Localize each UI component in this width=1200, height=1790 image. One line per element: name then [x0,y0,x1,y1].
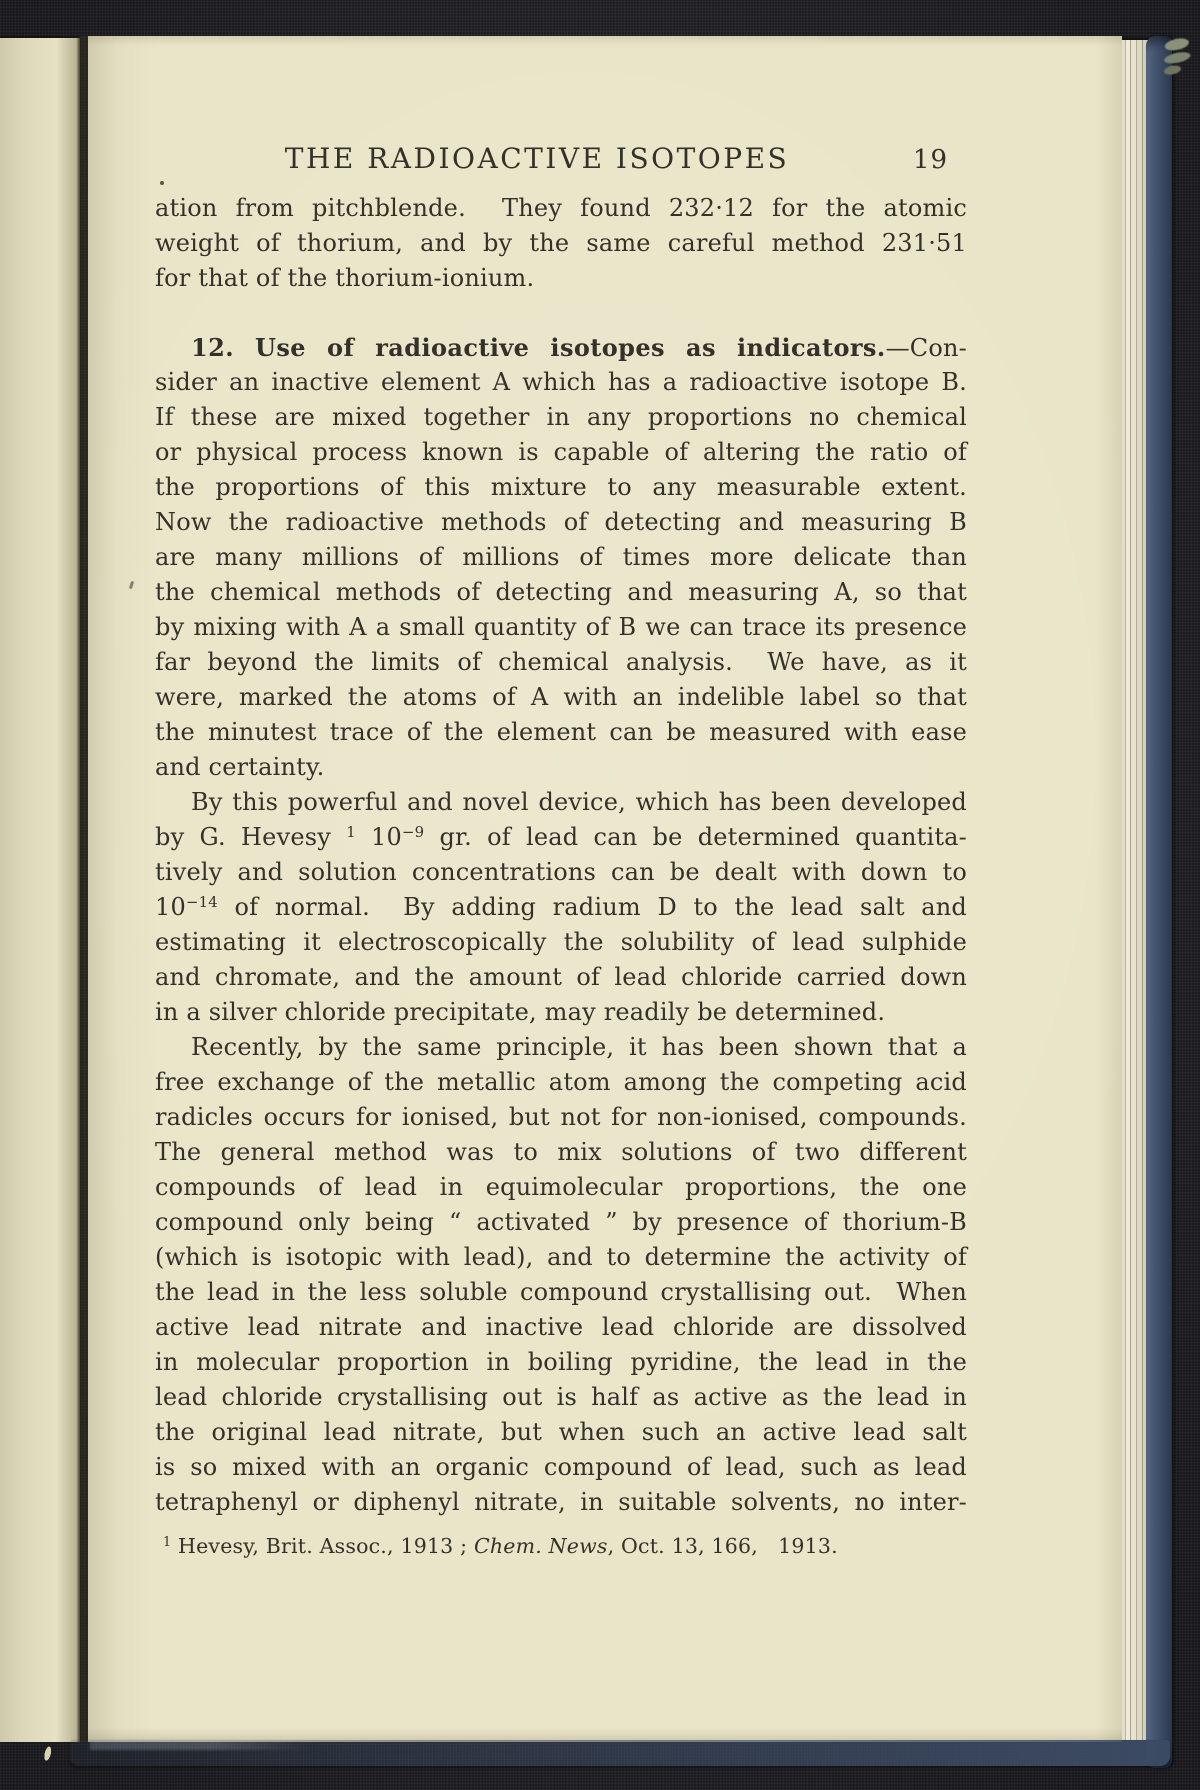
text-line: radicles occurs for ionised, but not for… [155,1100,967,1135]
text-line: the original lead nitrate, but when such… [155,1415,967,1450]
text-segment: radicles occurs for ionised, but not for… [155,1103,967,1131]
text-line: By this powerful and novel device, which… [155,785,967,820]
text-segment: tetraphenyl or diphenyl nitrate, in suit… [155,1488,967,1516]
text-segment: 10 [356,823,402,851]
text-line: compounds of lead in equimolecular propo… [155,1170,967,1205]
paragraph: Recently, by the same principle, it has … [155,1030,967,1520]
text-segment: the lead in the less soluble compound cr… [155,1278,967,1306]
text-line: or physical process known is capable of … [155,435,967,470]
headband-tuft [1146,27,1200,80]
edge-smudge [90,1740,310,1750]
text-line: the minutest trace of the element can be… [155,715,967,750]
text-segment: free exchange of the metallic atom among… [155,1068,967,1096]
text-line: are many millions of millions of times m… [155,540,967,575]
text-line: Now the radioactive methods of detecting… [155,505,967,540]
ink-speck [160,181,164,185]
text-segment: The general method was to mix solutions … [155,1138,967,1166]
text-line: sider an inactive element A which has a … [155,365,967,400]
footnote: 1 Hevesy, Brit. Assoc., 1913 ; Chem. New… [163,1532,967,1567]
text-segment: —Con- [886,334,967,362]
text-line: far beyond the limits of chemical analys… [155,645,967,680]
text-segment: and chromate, and the amount of lead chl… [155,963,967,991]
text-segment: by mixing with A a small quantity of B w… [155,613,967,641]
text-line: the chemical methods of detecting and me… [155,575,967,610]
page-header: THE RADIOACTIVE ISOTOPES 19 [155,144,967,174]
text-segment: Hevesy, Brit. Assoc., 1913 ; [171,1534,474,1558]
text-line: Recently, by the same principle, it has … [155,1030,967,1065]
text-line: estimating it electroscopically the solu… [155,925,967,960]
page-number: 19 [913,145,948,175]
text-segment: the chemical methods of detecting and me… [155,578,967,606]
text-segment: If these are mixed together in any propo… [155,403,967,431]
text-segment: were, marked the atoms of A with an inde… [155,683,967,711]
book-photo: THE RADIOACTIVE ISOTOPES 19 ation from p… [0,0,1200,1790]
text-segment: Now the radioactive methods of detecting… [155,508,967,536]
running-head-title: THE RADIOACTIVE ISOTOPES [285,144,789,174]
text-line: 10−14 of normal. By adding radium D to t… [155,890,967,925]
text-segment: are many millions of millions of times m… [155,543,967,571]
text-segment: gr. of lead can be determined quantita- [424,823,967,851]
text-segment: weight of thorium, and by the same caref… [155,229,967,257]
text-segment: Chem. News [474,1534,608,1558]
text-line: If these are mixed together in any propo… [155,400,967,435]
text-line: lead chloride crystallising out is half … [155,1380,967,1415]
text-segment: compounds of lead in equimolecular propo… [155,1173,967,1201]
text-segment: for that of the thorium-ionium. [155,264,534,292]
text-segment: of normal. By adding radium D to the lea… [218,893,967,921]
text-column: THE RADIOACTIVE ISOTOPES 19 ation from p… [155,144,967,1567]
text-segment: in a silver chloride precipitate, may re… [155,998,885,1026]
paragraph: 12. Use of radioactive isotopes as indic… [155,330,967,785]
text-segment: ation from pitchblende. They found 232·1… [155,194,967,222]
text-line: free exchange of the metallic atom among… [155,1065,967,1100]
text-line: is so mixed with an organic compound of … [155,1450,967,1485]
text-line: active lead nitrate and inactive lead ch… [155,1310,967,1345]
page-body: ation from pitchblende. They found 232·1… [155,191,967,1520]
text-segment: , Oct. 13, 166, 1913. [608,1534,838,1558]
text-segment: estimating it electroscopically the solu… [155,928,967,956]
text-segment: Recently, by the same principle, it has … [191,1033,967,1061]
text-segment: the original lead nitrate, but when such… [155,1418,967,1446]
book-cover-edge-right [1146,36,1172,1768]
superscript: 1 [163,1534,171,1549]
text-segment: tively and solution concentrations can b… [155,858,967,886]
text-segment: by G. Hevesy [155,823,346,851]
text-segment: (which is isotopic with lead), and to de… [155,1243,967,1271]
text-segment: By this powerful and novel device, which… [191,788,967,816]
text-line: by mixing with A a small quantity of B w… [155,610,967,645]
text-line: in a silver chloride precipitate, may re… [155,995,967,1030]
text-segment: in molecular proportion in boiling pyrid… [155,1348,967,1376]
text-line: tively and solution concentrations can b… [155,855,967,890]
text-line: The general method was to mix solutions … [155,1135,967,1170]
text-line: tetraphenyl or diphenyl nitrate, in suit… [155,1485,967,1520]
text-segment: far beyond the limits of chemical analys… [155,648,967,676]
text-line: by G. Hevesy 1 10−9 gr. of lead can be d… [155,820,967,855]
text-segment: sider an inactive element A which has a … [155,368,967,396]
text-segment: 12. Use of radioactive isotopes as indic… [191,333,886,362]
text-line: weight of thorium, and by the same caref… [155,226,967,261]
text-line: ation from pitchblende. They found 232·1… [155,191,967,226]
text-segment: active lead nitrate and inactive lead ch… [155,1313,967,1341]
text-segment: and certainty. [155,753,324,781]
loose-thread [39,1741,57,1769]
text-line: the lead in the less soluble compound cr… [155,1275,967,1310]
text-line: compound only being “ activated ” by pre… [155,1205,967,1240]
text-segment: compound only being “ activated ” by pre… [155,1208,967,1236]
left-page-edge [0,38,80,1742]
text-segment: or physical process known is capable of … [155,438,967,466]
fore-edge-page-stack [1122,40,1148,1740]
superscript: −14 [186,893,218,911]
paragraph: ation from pitchblende. They found 232·1… [155,191,967,296]
text-line: for that of the thorium-ionium. [155,261,967,296]
text-line: and chromate, and the amount of lead chl… [155,960,967,995]
superscript: 1 [346,823,356,841]
text-line: were, marked the atoms of A with an inde… [155,680,967,715]
text-segment: 10 [155,893,186,921]
text-segment: the proportions of this mixture to any m… [155,473,967,501]
text-segment: the minutest trace of the element can be… [155,718,967,746]
text-line: (which is isotopic with lead), and to de… [155,1240,967,1275]
text-line: in molecular proportion in boiling pyrid… [155,1345,967,1380]
paragraph: By this powerful and novel device, which… [155,785,967,1030]
text-line: 12. Use of radioactive isotopes as indic… [155,330,967,365]
text-segment: lead chloride crystallising out is half … [155,1383,967,1411]
book-page: THE RADIOACTIVE ISOTOPES 19 ation from p… [88,36,1122,1742]
text-line: and certainty. [155,750,967,785]
superscript: −9 [402,823,424,841]
text-segment: is so mixed with an organic compound of … [155,1453,967,1481]
text-line: the proportions of this mixture to any m… [155,470,967,505]
